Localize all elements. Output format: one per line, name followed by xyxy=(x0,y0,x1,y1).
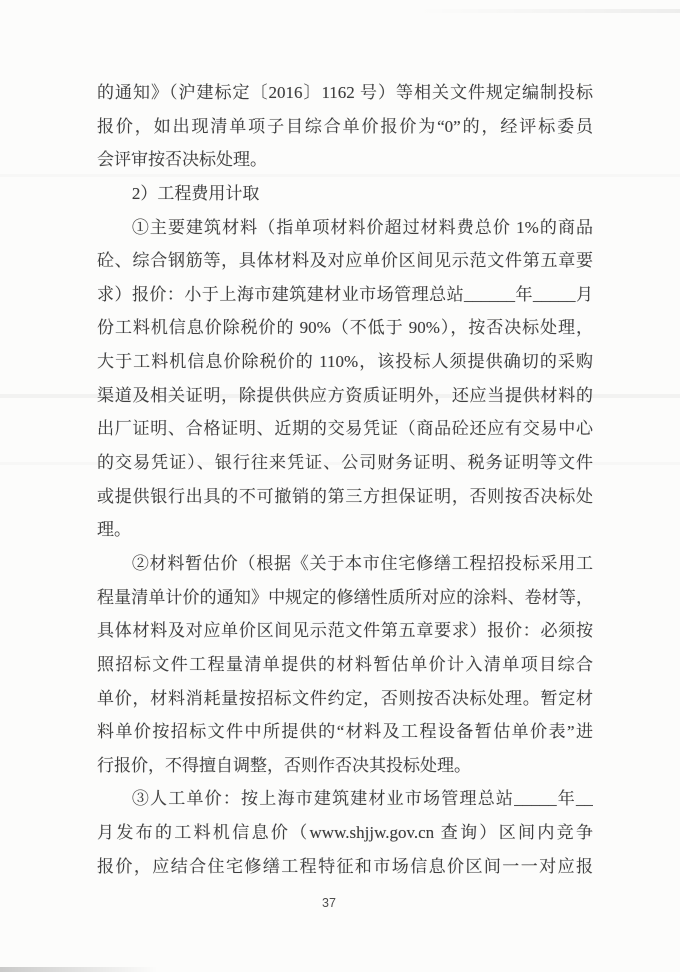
text-line: 单价，材料消耗量按招标文件约定，否则按否决标处理。暂定材 xyxy=(97,682,593,716)
text-line-with-blank-fields: 求）报价：小于上海市建筑建材业市场管理总站______年_____月 xyxy=(97,278,593,312)
text-line: 出厂证明、合格证明、近期的交易凭证（商品砼还应有交易中心 xyxy=(97,412,593,446)
text-line: 或提供银行出具的不可撤销的第三方担保证明，否则按否决标处 xyxy=(97,480,593,514)
text-line: 大于工料机信息价除税价的 110%，该投标人须提供确切的采购 xyxy=(97,345,593,379)
text-line: 砼、综合钢筋等，具体材料及对应单价区间见示范文件第五章要 xyxy=(97,244,593,278)
text-line: 行报价，不得擅自调整，否则作否决其投标处理。 xyxy=(97,749,593,783)
text-line: 报价，如出现清单项子目综合单价报价为“0”的，经评标委员 xyxy=(97,110,593,144)
text-line: 报价，应结合住宅修缮工程特征和市场信息价区间一一对应报 xyxy=(97,850,593,884)
text-line-section-heading: 2）工程费用计取 xyxy=(97,177,593,211)
scan-artifact-bottom-left xyxy=(0,967,158,972)
text-line: 程量清单计价的通知》中规定的修缮性质所对应的涂料、卷材等， xyxy=(97,581,593,615)
text-line: 渠道及相关证明，除提供供应方资质证明外，还应当提供材料的 xyxy=(97,379,593,413)
page-number: 37 xyxy=(81,896,577,910)
text-line: 具体材料及对应单价区间见示范文件第五章要求）报价：必须按 xyxy=(97,614,593,648)
text-line-item-1-start: ①主要建筑材料（指单项材料价超过材料费总价 1%的商品 xyxy=(97,211,593,245)
text-line: 照招标文件工程量清单提供的材料暂估单价计入清单项目综合 xyxy=(97,648,593,682)
scanned-document-page: 的通知》（沪建标定〔2016〕1162 号）等相关文件规定编制投标 报价，如出现… xyxy=(0,0,680,972)
text-line: 的通知》（沪建标定〔2016〕1162 号）等相关文件规定编制投标 xyxy=(97,76,593,110)
document-body-text: 的通知》（沪建标定〔2016〕1162 号）等相关文件规定编制投标 报价，如出现… xyxy=(97,76,593,883)
text-line: 会评审按否决标处理。 xyxy=(97,143,593,177)
text-line: 份工料机信息价除税价的 90%（不低于 90%），按否决标处理， xyxy=(97,311,593,345)
text-line-item-2-start: ②材料暂估价（根据《关于本市住宅修缮工程招投标采用工 xyxy=(97,547,593,581)
text-line-item-3-start-with-blank-fields: ③人工单价：按上海市建筑建材业市场管理总站_____年__ xyxy=(97,782,593,816)
scan-artifact-top-streak xyxy=(415,9,680,13)
text-line: 月发布的工料机信息价（www.shjjw.gov.cn 查询）区间内竞争 xyxy=(97,816,593,850)
text-line: 料单价按招标文件中所提供的“材料及工程设备暂估单价表”进 xyxy=(97,715,593,749)
text-line: 的交易凭证）、银行往来凭证、公司财务证明、税务证明等文件 xyxy=(97,446,593,480)
text-line: 理。 xyxy=(97,513,593,547)
